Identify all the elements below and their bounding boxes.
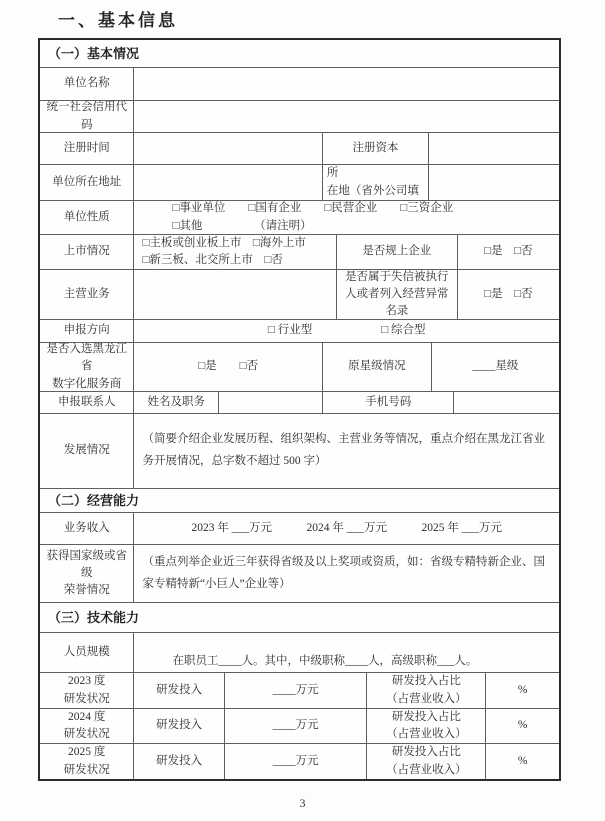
row-rd-2023: 2023 度 研发状况 研发投入 ____万元 研发投入占比 （占营业收入） % xyxy=(40,673,559,709)
scale-enterprise-label: 是否规上企业 xyxy=(337,235,458,269)
row-main-business: 主营业务 是否属于失信被执行 人或者列入经营异常 名录 □是 □否 xyxy=(40,270,559,320)
scanned-form-page: 一、基本信息 （一）基本情况 单位名称 统一社会信用代码 注册时间 注册资本 单… xyxy=(0,0,605,821)
contact-name-title-value xyxy=(219,392,323,413)
staff-count-line: 在职员工____人。其中，中级职称____人，高级职称___人。 xyxy=(146,653,555,670)
section-basic-header: （一）基本情况 xyxy=(40,40,559,67)
row-rd-2024: 2024 度 研发状况 研发投入 ____万元 研发投入占比 （占营业收入） % xyxy=(40,709,559,744)
contact-phone-value xyxy=(454,392,559,413)
unit-name-value xyxy=(134,68,559,100)
row-unit-name: 单位名称 xyxy=(40,68,559,101)
digital-provider-options: □是 □否 xyxy=(134,343,322,391)
contact-phone-label: 手机号码 xyxy=(323,392,454,413)
section-header-operation: （二）经营能力 xyxy=(40,489,559,513)
main-business-label: 主营业务 xyxy=(40,270,134,319)
unit-type-options: □事业单位 □国有企业 □民营企业 □三资企业 □其他 （请注明） xyxy=(134,201,559,234)
rd-2023-ratio-value: % xyxy=(486,673,559,708)
development-label: 发展情况 xyxy=(40,414,134,488)
credit-code-label: 统一社会信用代码 xyxy=(40,101,134,132)
rd-2025-label: 2025 度 研发状况 xyxy=(40,744,134,779)
rd-2023-ratio-label: 研发投入占比 （占营业收入） xyxy=(367,673,486,708)
scale-enterprise-options: □是 □否 xyxy=(458,235,559,269)
honors-hint: （重点列举企业近三年获得省级及以上奖项或资质，如：省级专精特新企业、国 家专精特… xyxy=(134,545,559,602)
staff-detail: 在职员工____人。其中，中级职称____人，高级职称___人。 （注：黑龙江省… xyxy=(134,633,559,672)
rd-2023-label: 2023 度 研发状况 xyxy=(40,673,134,708)
listing-options: □主板或创业板上市 □海外上市 □新三板、北交所上市 □否 xyxy=(134,235,336,269)
row-staff: 人员规模 在职员工____人。其中，中级职称____人，高级职称___人。 （注… xyxy=(40,633,559,673)
dishonest-executor-options: □是 □否 xyxy=(458,270,559,319)
unit-type-label: 单位性质 xyxy=(40,201,134,234)
credit-code-value xyxy=(134,101,559,132)
row-rd-2025: 2025 度 研发状况 研发投入 ____万元 研发投入占比 （占营业收入） % xyxy=(40,744,559,779)
contact-name-title-label: 姓名及职务 xyxy=(134,392,219,413)
rd-2024-input-value: ____万元 xyxy=(225,709,368,743)
honors-label: 获得国家级或省级 荣誉情况 xyxy=(40,545,134,602)
rd-2023-input-value: ____万元 xyxy=(225,673,368,708)
row-contact: 申报联系人 姓名及职务 手机号码 xyxy=(40,392,559,414)
reg-time-value xyxy=(134,133,322,164)
development-hint: （简要介绍企业发展历程、组织架构、主营业务等情况，重点介绍在黑龙江省业 务开展情… xyxy=(134,414,559,488)
section-header-basic: （一）基本情况 xyxy=(40,40,559,68)
address-label: 单位所在地址 xyxy=(40,165,134,200)
staff-label: 人员规模 xyxy=(40,633,134,672)
rd-2024-ratio-label: 研发投入占比 （占营业收入） xyxy=(367,709,486,743)
row-honors: 获得国家级或省级 荣誉情况 （重点列举企业近三年获得省级及以上奖项或资质，如：省… xyxy=(40,545,559,603)
row-listing: 上市情况 □主板或创业板上市 □海外上市 □新三板、北交所上市 □否 是否规上企… xyxy=(40,235,559,270)
dishonest-executor-label: 是否属于失信被执行 人或者列入经营异常 名录 xyxy=(337,270,458,319)
row-direction: 申报方向 □ 行业型 □ 综合型 xyxy=(40,320,559,343)
rd-2025-ratio-value: % xyxy=(486,744,559,779)
rd-2023-input-label: 研发投入 xyxy=(134,673,224,708)
row-development: 发展情况 （简要介绍企业发展历程、组织架构、主营业务等情况，重点介绍在黑龙江省业… xyxy=(40,414,559,489)
section-tech-header: （三）技术能力 xyxy=(40,603,559,632)
row-revenue: 业务收入 2023 年 ___万元 2024 年 ___万元 2025 年 __… xyxy=(40,513,559,545)
section-operation-header: （二）经营能力 xyxy=(40,489,559,512)
row-unit-type: 单位性质 □事业单位 □国有企业 □民营企业 □三资企业 □其他 （请注明） xyxy=(40,201,559,235)
main-business-value xyxy=(134,270,336,319)
branch-location-value xyxy=(429,165,559,200)
revenue-value: 2023 年 ___万元 2024 年 ___万元 2025 年 ___万元 xyxy=(134,513,559,544)
star-level-value: ____星级 xyxy=(432,343,559,391)
contact-label: 申报联系人 xyxy=(40,392,134,413)
row-reg-time: 注册时间 注册资本 xyxy=(40,133,559,165)
page-number: 3 xyxy=(0,796,605,811)
revenue-label: 业务收入 xyxy=(40,513,134,544)
listing-label: 上市情况 xyxy=(40,235,134,269)
direction-options: □ 行业型 □ 综合型 xyxy=(134,320,559,342)
page-title: 一、基本信息 xyxy=(58,6,178,31)
star-level-label: 原星级情况 xyxy=(323,343,432,391)
unit-name-label: 单位名称 xyxy=(40,68,134,100)
branch-location-label: 黑龙江省分支机构所 在地（省外公司填写） xyxy=(323,165,429,200)
row-credit-code: 统一社会信用代码 xyxy=(40,101,559,133)
reg-time-label: 注册时间 xyxy=(40,133,134,164)
reg-capital-label: 注册资本 xyxy=(323,133,429,164)
rd-2025-ratio-label: 研发投入占比 （占营业收入） xyxy=(367,744,486,779)
direction-label: 申报方向 xyxy=(40,320,134,342)
rd-2024-input-label: 研发投入 xyxy=(134,709,224,743)
rd-2025-input-value: ____万元 xyxy=(225,744,368,779)
rd-2024-ratio-value: % xyxy=(486,709,559,743)
rd-2024-label: 2024 度 研发状况 xyxy=(40,709,134,743)
reg-capital-value xyxy=(429,133,559,164)
section-header-tech: （三）技术能力 xyxy=(40,603,559,633)
rd-2025-input-label: 研发投入 xyxy=(134,744,224,779)
digital-provider-label: 是否入选黑龙江省 数字化服务商 xyxy=(40,343,134,391)
row-digital-provider: 是否入选黑龙江省 数字化服务商 □是 □否 原星级情况 ____星级 xyxy=(40,343,559,392)
row-address: 单位所在地址 黑龙江省分支机构所 在地（省外公司填写） xyxy=(40,165,559,201)
address-value xyxy=(134,165,322,200)
basic-info-form-table: （一）基本情况 单位名称 统一社会信用代码 注册时间 注册资本 单位所在地址 黑… xyxy=(38,38,561,781)
